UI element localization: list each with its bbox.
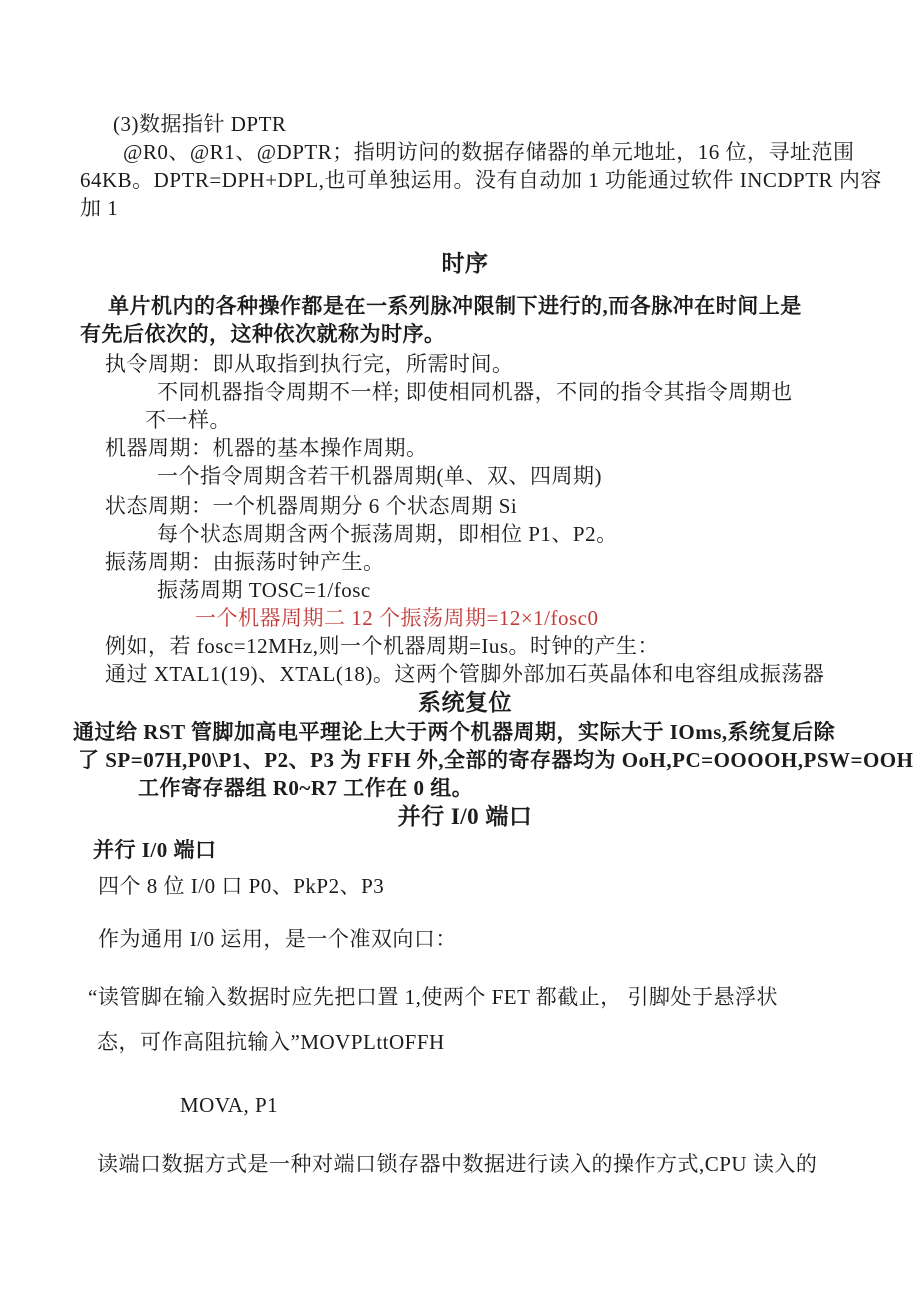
line-read-pin-1: “读管脚在输入数据时应先把口置 1,使两个 FET 都截止， 引脚处于悬浮状 <box>88 983 850 1011</box>
heading-system-reset: 系统复位 <box>80 688 850 718</box>
line-parallel-io-sub: 并行 I/0 端口 <box>93 836 850 864</box>
document-body: (3)数据指针 DPTR@R0、@R1、@DPTR；指明访问的数据存储器的单元地… <box>80 110 850 1178</box>
line-reset-2: 了 SP=07H,P0\P1、P2、P3 为 FFH 外,全部的寄存器均为 Oo… <box>78 746 850 774</box>
line-reset-1: 通过给 RST 管脚加高电平理论上大于两个机器周期，实际大于 IOms,系统复后… <box>73 718 850 746</box>
line-dptr-title: (3)数据指针 DPTR <box>113 110 850 138</box>
line-exec-cycle-2: 不同机器指令周期不一样; 即使相同机器，不同的指令其指令周期也 <box>157 378 850 406</box>
line-dptr-desc-1: @R0、@R1、@DPTR；指明访问的数据存储器的单元地址，16 位，寻址范围 <box>123 138 850 166</box>
line-timing-intro-2: 有先后依次的，这种依次就称为时序。 <box>80 320 850 348</box>
line-reset-3: 工作寄存器组 R0~R7 工作在 0 组。 <box>138 774 850 802</box>
line-machine-cycle: 机器周期：机器的基本操作周期。 <box>105 434 850 462</box>
heading-parallel-io: 并行 I/0 端口 <box>80 802 850 832</box>
line-machine-formula: 一个机器周期二 12 个振荡周期=12×1/fosc0 <box>195 604 850 632</box>
line-state-cycle-2: 每个状态周期含两个振荡周期，即相位 P1、P2。 <box>157 520 850 548</box>
line-read-pin-2: 态，可作高阻抗输入”MOVPLttOFFH <box>97 1028 850 1056</box>
line-exec-cycle: 执令周期：即从取指到执行完，所需时间。 <box>105 350 850 378</box>
line-mov-instr: MOVA, P1 <box>180 1091 850 1119</box>
line-osc-formula: 振荡周期 TOSC=1/fosc <box>157 576 850 604</box>
line-dptr-desc-2: 64KB。DPTR=DPH+DPL,也可单独运用。没有自动加 1 功能通过软件 … <box>80 166 850 194</box>
line-timing-intro-1: 单片机内的各种操作都是在一系列脉冲限制下进行的,而各脉冲在时间上是 <box>108 292 850 320</box>
document-page: (3)数据指针 DPTR@R0、@R1、@DPTR；指明访问的数据存储器的单元地… <box>0 0 920 1301</box>
line-dptr-desc-3: 加 1 <box>80 194 850 222</box>
line-general-io: 作为通用 I/0 运用，是一个准双向口： <box>98 925 850 953</box>
heading-timing: 时序 <box>80 248 850 280</box>
line-machine-cycle-2: 一个指令周期含若干机器周期(单、双、四周期) <box>157 462 850 490</box>
line-four-ports: 四个 8 位 I/0 口 P0、PkP2、P3 <box>98 872 850 900</box>
line-osc-cycle: 振荡周期：由振荡时钟产生。 <box>105 548 850 576</box>
line-example-fosc: 例如，若 fosc=12MHz,则一个机器周期=Ius。时钟的产生： <box>105 632 850 660</box>
line-read-port: 读端口数据方式是一种对端口锁存器中数据进行读入的操作方式,CPU 读入的 <box>97 1150 850 1178</box>
line-xtal: 通过 XTAL1(19)、XTAL(18)。这两个管脚外部加石英晶体和电容组成振… <box>105 660 850 688</box>
line-exec-cycle-3: 不一样。 <box>145 406 850 434</box>
line-state-cycle: 状态周期：一个机器周期分 6 个状态周期 Si <box>105 492 850 520</box>
